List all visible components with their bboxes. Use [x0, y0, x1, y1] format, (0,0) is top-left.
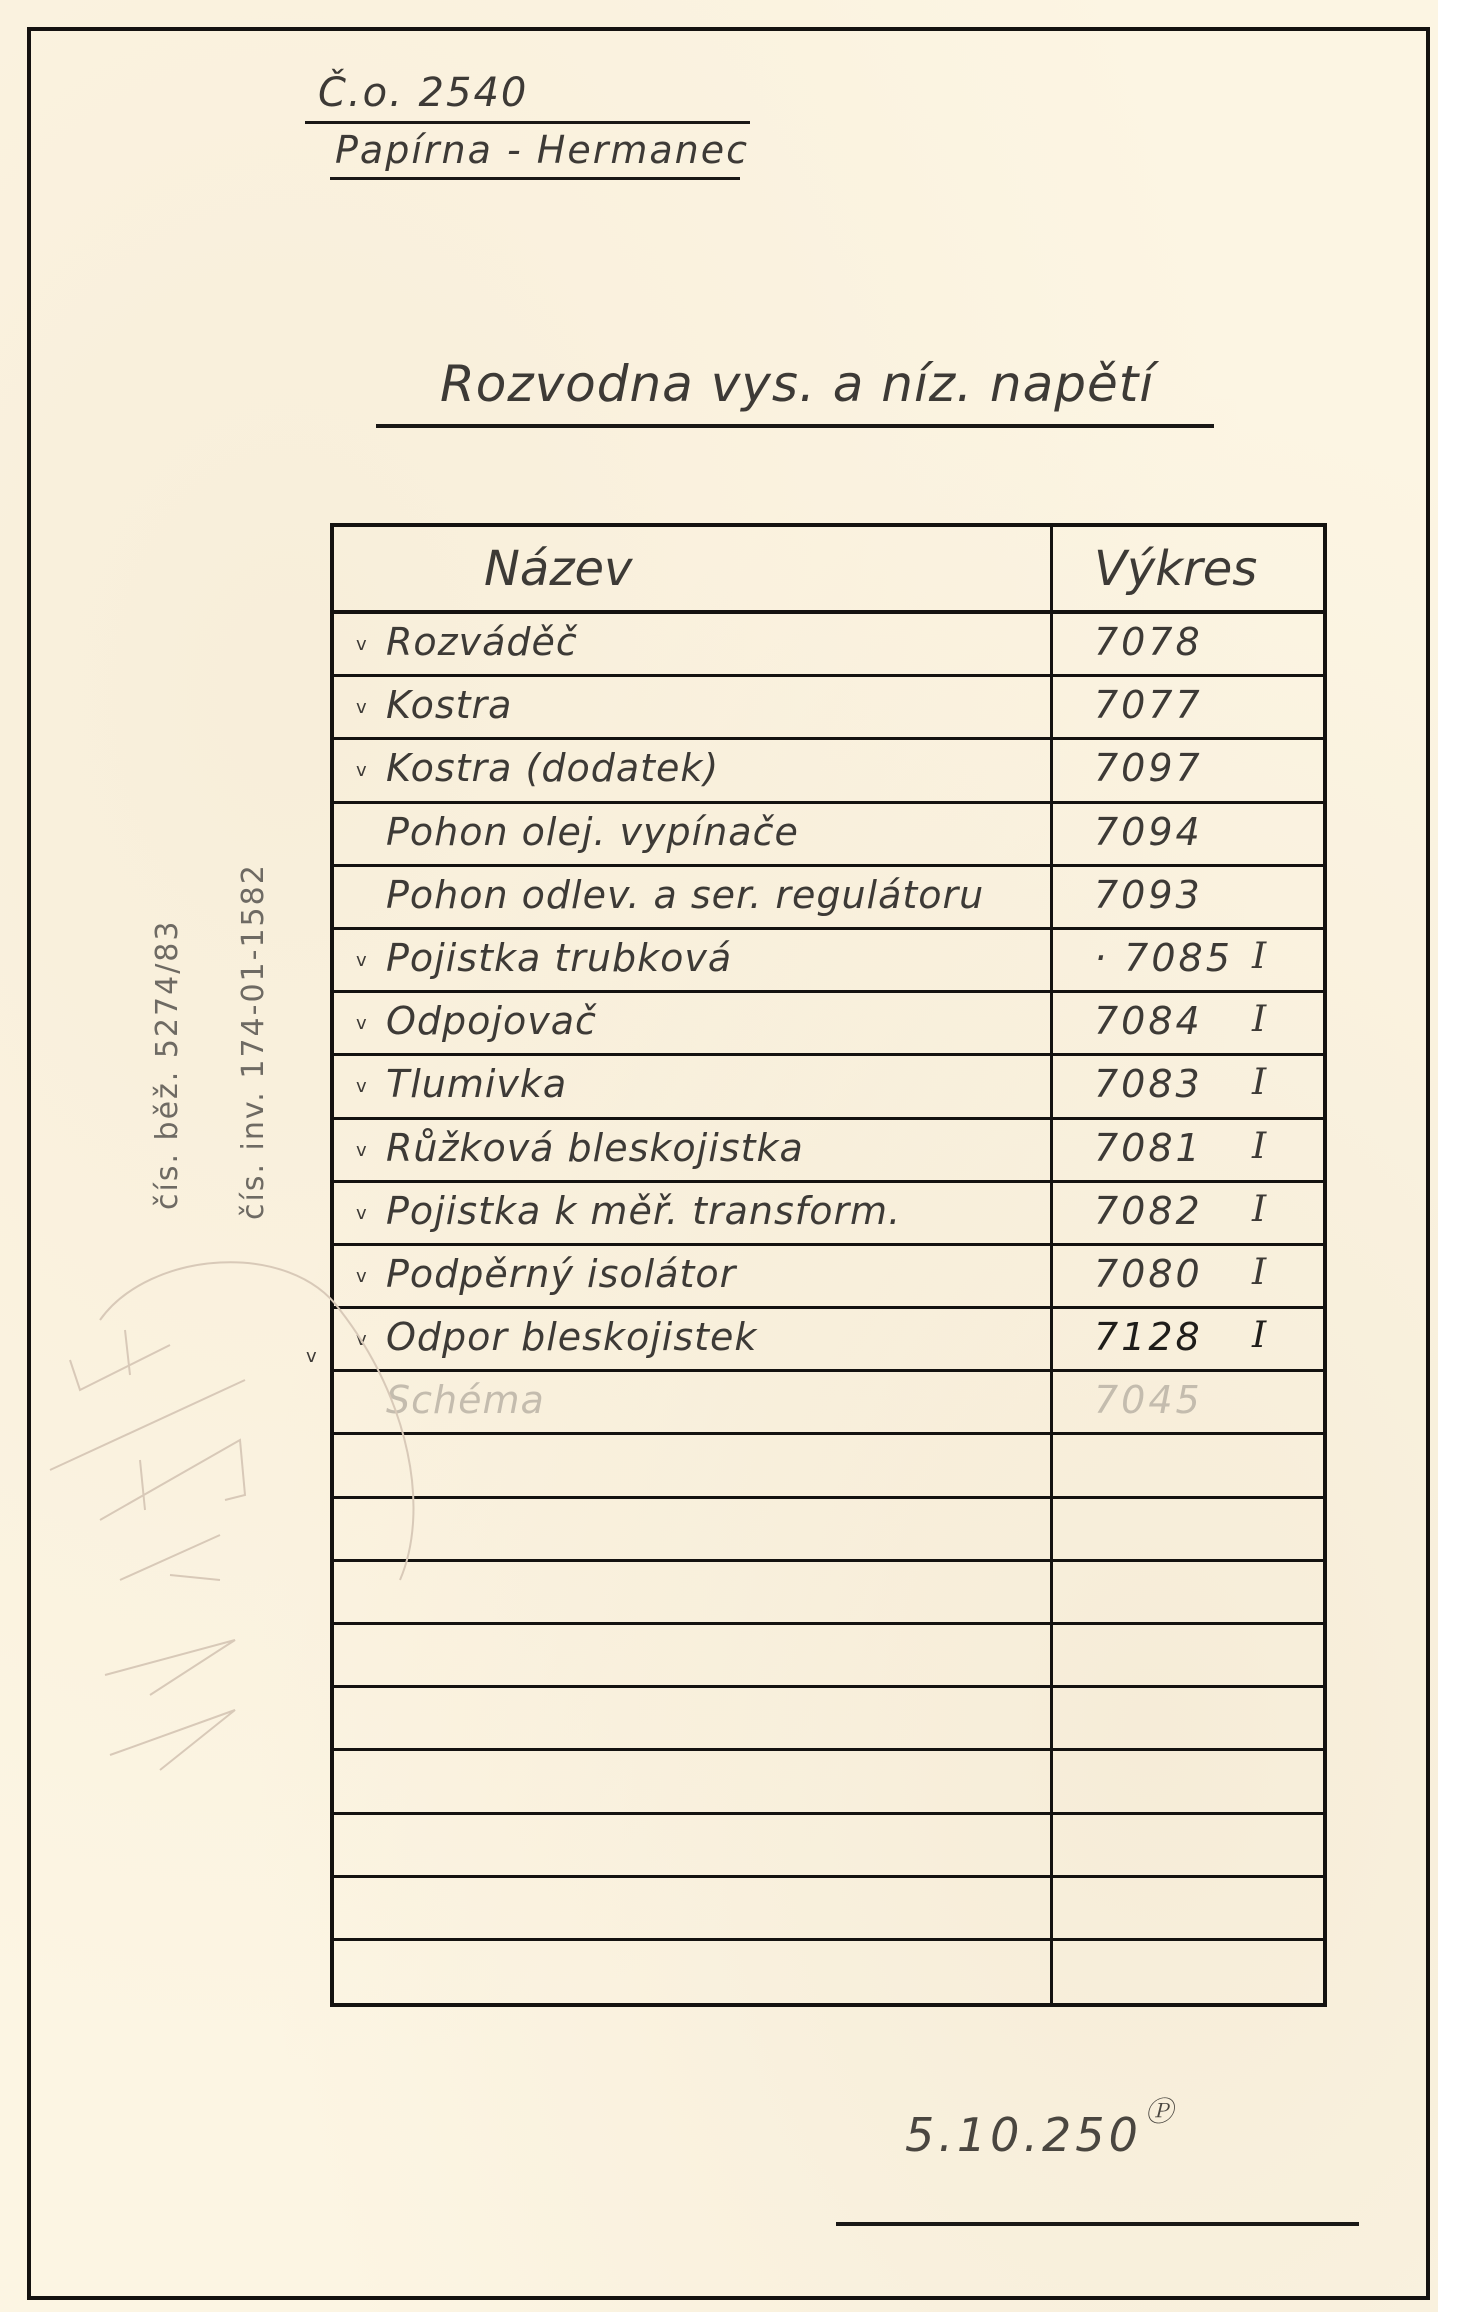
table-row: vKostra (dodatek)7097	[334, 740, 1323, 803]
table-row: vKostra7077	[334, 677, 1323, 740]
table-row: vRůžková bleskojistka7081I	[334, 1120, 1323, 1183]
check-mark: v	[356, 1266, 367, 1287]
table-row: vTlumivka7083I	[334, 1056, 1323, 1119]
initials-mark: Ⓟ	[1145, 2090, 1175, 2130]
cell-revision: I	[1252, 1126, 1266, 1167]
cell-drawing-number: 7077	[1094, 683, 1203, 727]
table-row	[334, 1751, 1323, 1814]
check-mark: v	[356, 1076, 367, 1097]
table-row	[334, 1625, 1323, 1688]
side-check-mark: v	[306, 1346, 317, 1367]
cell-name: Pohon olej. vypínače	[386, 810, 799, 854]
check-mark: v	[356, 1203, 367, 1224]
check-mark: v	[356, 760, 367, 781]
cell-name: Schéma	[386, 1378, 545, 1422]
table-row	[334, 1499, 1323, 1562]
cell-drawing-number: 7082	[1094, 1189, 1203, 1233]
signature-line	[836, 2222, 1359, 2226]
cell-drawing-number: 7097	[1094, 746, 1203, 790]
cell-name: Rozváděč	[386, 620, 578, 664]
cell-name: Odpojovač	[386, 999, 597, 1043]
cell-name: Růžková bleskojistka	[386, 1126, 804, 1170]
cell-name: Pohon odlev. a ser. regulátoru	[386, 873, 984, 917]
cell-name: Kostra	[386, 683, 512, 727]
check-mark: v	[356, 1140, 367, 1161]
table-row	[334, 1435, 1323, 1498]
table-row	[334, 1941, 1323, 2004]
cell-drawing-number: 7128	[1094, 1315, 1203, 1359]
table-header: Název Výkres	[334, 527, 1323, 614]
table-row: vOdpor bleskojistek7128I	[334, 1309, 1323, 1372]
cell-revision: I	[1252, 999, 1266, 1040]
running-number-note: čís. běž. 5274/83	[150, 920, 185, 1210]
cell-drawing-number: 7080	[1094, 1252, 1203, 1296]
cell-name: Tlumivka	[386, 1062, 567, 1106]
cell-name: Kostra (dodatek)	[386, 746, 719, 790]
cell-drawing-number: 7083	[1094, 1062, 1203, 1106]
table-row: vPojistka trubková· 7085I	[334, 930, 1323, 993]
table-row: vOdpojovač7084I	[334, 993, 1323, 1056]
cell-drawing-number: · 7085	[1094, 936, 1233, 980]
cell-revision: I	[1252, 1252, 1266, 1293]
table-row: Pohon olej. vypínače7094	[334, 804, 1323, 867]
cell-revision: I	[1252, 1189, 1266, 1230]
table-row: Schéma7045	[334, 1372, 1323, 1435]
reference-underline	[305, 121, 750, 124]
cell-name: Pojistka k měř. transform.	[386, 1189, 901, 1233]
check-mark: v	[356, 1329, 367, 1350]
document-page: Č.o. 2540 Papírna - Hermanec Rozvodna vy…	[0, 0, 1438, 2312]
check-mark: v	[356, 697, 367, 718]
column-header-name: Název	[484, 541, 632, 597]
check-mark: v	[356, 950, 367, 971]
table-row	[334, 1562, 1323, 1625]
cell-name: Podpěrný isolátor	[386, 1252, 736, 1296]
inventory-number-note: čís. inv. 174-01-1582	[236, 863, 271, 1220]
cell-revision: I	[1252, 1062, 1266, 1103]
cell-drawing-number: 7084	[1094, 999, 1203, 1043]
plant-underline	[330, 177, 740, 180]
table-body: vRozváděč7078vKostra7077vKostra (dodatek…	[334, 614, 1323, 2003]
table-row: Pohon odlev. a ser. regulátoru7093	[334, 867, 1323, 930]
plant-name: Papírna - Hermanec	[335, 128, 749, 172]
cell-revision: I	[1252, 1315, 1266, 1356]
cell-drawing-number: 7045	[1094, 1378, 1203, 1422]
table-row: vRozváděč7078	[334, 614, 1323, 677]
table-row	[334, 1815, 1323, 1878]
table-row: vPodpěrný isolátor7080I	[334, 1246, 1323, 1309]
table-row	[334, 1688, 1323, 1751]
cell-name: Odpor bleskojistek	[386, 1315, 757, 1359]
check-mark: v	[356, 634, 367, 655]
date: 5.10.250	[905, 2108, 1142, 2162]
table-row: vPojistka k měř. transform.7082I	[334, 1183, 1323, 1246]
title-underline	[376, 424, 1214, 428]
cell-drawing-number: 7094	[1094, 810, 1203, 854]
cell-name: Pojistka trubková	[386, 936, 732, 980]
drawing-list-table: Název Výkres vRozváděč7078vKostra7077vKo…	[330, 523, 1327, 2007]
table-row	[334, 1878, 1323, 1941]
cell-drawing-number: 7093	[1094, 873, 1203, 917]
cell-drawing-number: 7081	[1094, 1126, 1203, 1170]
document-title: Rozvodna vys. a níz. napětí	[440, 355, 1154, 413]
reference-number: Č.o. 2540	[318, 70, 528, 116]
cell-drawing-number: 7078	[1094, 620, 1203, 664]
check-mark: v	[356, 1013, 367, 1034]
cell-revision: I	[1252, 936, 1266, 977]
column-header-drawing: Výkres	[1094, 541, 1257, 597]
